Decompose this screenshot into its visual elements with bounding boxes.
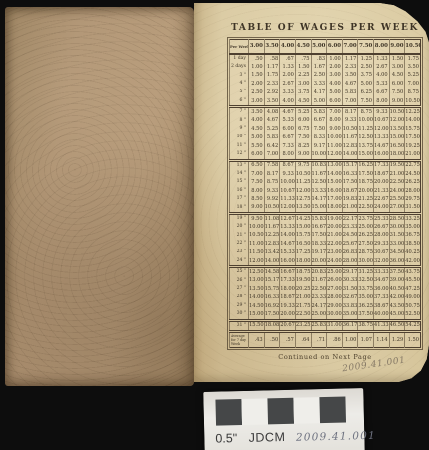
wage-cell: 3.00 (249, 97, 265, 107)
wage-cell: 9.33 (264, 187, 280, 195)
wage-row: 29 "14.5016.9219.3321.7524.1729.0033.833… (230, 302, 421, 310)
wage-cell: 33.75 (358, 285, 374, 293)
days-label: 24 " (230, 257, 249, 267)
days-label: 16 " (230, 187, 249, 195)
wage-row: 2 days1.001.171.331.501.672.002.332.502.… (230, 63, 421, 71)
day-group: 19 "9.5011.0812.6714.2515.8319.0022.1723… (230, 214, 421, 267)
wage-cell: 13.50 (249, 285, 265, 293)
wage-cell: 5.00 (327, 89, 343, 97)
wage-cell: 40.50 (389, 285, 405, 293)
days-label: 7 " (230, 107, 249, 117)
wage-cell: 7.50 (295, 134, 311, 142)
wage-row: 21 "10.5012.2514.0015.7517.5021.0024.502… (230, 232, 421, 240)
wage-cell: 49.00 (405, 294, 421, 302)
days-label: 13 " (230, 160, 249, 170)
wage-row: 28 "14.0016.3318.6721.0023.3328.0032.673… (230, 294, 421, 302)
wage-cell: 19.50 (389, 160, 405, 170)
wage-cell: 6.75 (295, 125, 311, 133)
wage-cell: 3.75 (295, 89, 311, 97)
wage-cell: 28.00 (374, 232, 390, 240)
wage-cell: 28.75 (358, 249, 374, 257)
wage-cell: 14.00 (405, 117, 421, 125)
wage-cell: 5.83 (311, 107, 327, 117)
wage-cell: 6.67 (374, 89, 390, 97)
wage-cell: 8.00 (280, 150, 296, 160)
wage-cell: 25.00 (327, 267, 343, 277)
wage-cell: 16.92 (264, 302, 280, 310)
wage-cell: 32.67 (342, 294, 358, 302)
wage-cell: 18.33 (311, 240, 327, 248)
wage-cell: 14.00 (342, 150, 358, 160)
wage-cell: 17.50 (342, 178, 358, 186)
wage-cell: 21.67 (311, 277, 327, 285)
wage-cell: 14.00 (327, 170, 343, 178)
days-label: 28 " (230, 294, 249, 302)
wage-cell: 10.00 (249, 223, 265, 231)
wage-cell: 33.83 (342, 302, 358, 310)
wage-cell: 12.25 (405, 107, 421, 117)
wage-cell: 1.75 (264, 72, 280, 80)
wage-cell: 37.50 (389, 267, 405, 277)
average-cell: 1.07 (358, 332, 374, 348)
wage-cell: 9.50 (249, 214, 265, 224)
wage-cell: 31.00 (327, 320, 343, 331)
days-label: 27 " (230, 285, 249, 293)
wage-cell: 13.00 (327, 160, 343, 170)
wage-cell: 16.50 (389, 142, 405, 150)
rate-header: 9.00 (389, 40, 405, 55)
wage-row: 24 "12.0014.0016.0018.0020.0024.0028.003… (230, 257, 421, 267)
wage-cell: 25.83 (311, 320, 327, 331)
wage-cell: 10.00 (327, 134, 343, 142)
wage-cell: 19.83 (342, 195, 358, 203)
wage-cell: 18.00 (327, 204, 343, 214)
wage-cell: 2.50 (249, 89, 265, 97)
wage-cell: 4.00 (327, 80, 343, 88)
wage-cell: 52.50 (405, 310, 421, 320)
wage-cell: 15.17 (264, 277, 280, 285)
wage-cell: 5.00 (249, 134, 265, 142)
wage-cell: 23.25 (295, 320, 311, 331)
wage-cell: 7.00 (405, 80, 421, 88)
wage-cell: 6.25 (358, 89, 374, 97)
wage-cell: 8.75 (358, 107, 374, 117)
wage-cell: 33.25 (405, 214, 421, 224)
days-label: 29 " (230, 302, 249, 310)
wage-cell: 41.33 (374, 320, 390, 331)
rate-header-row: Per Week3.003.504.004.505.006.007.007.50… (230, 40, 421, 55)
wage-cell: 2.67 (374, 63, 390, 71)
wage-cell: 15.00 (249, 310, 265, 320)
wage-cell: 36.00 (389, 257, 405, 267)
scale-checker-bar (215, 396, 346, 425)
wage-cell: 10.50 (389, 107, 405, 117)
wage-row: 5 "2.502.923.333.754.175.005.836.256.677… (230, 89, 421, 97)
wage-cell: 18.67 (374, 170, 390, 178)
wage-row: 14 "7.008.179.3310.5011.6714.0016.3317.5… (230, 170, 421, 178)
wage-cell: 17.50 (311, 232, 327, 240)
wage-cell: 18.75 (295, 267, 311, 277)
wage-cell: 2.50 (358, 63, 374, 71)
rate-header: 3.50 (264, 40, 280, 55)
wage-cell: 9.00 (389, 97, 405, 107)
average-cell: 1.50 (405, 332, 421, 348)
wage-cell: 2.33 (264, 80, 280, 88)
average-label-line: Week (231, 343, 248, 347)
wage-cell: 20.00 (311, 257, 327, 267)
wage-cell: 18.00 (295, 257, 311, 267)
wage-cell: 2.25 (295, 72, 311, 80)
rate-header: 4.00 (280, 40, 296, 55)
wage-cell: 30.00 (389, 223, 405, 231)
average-cell: .50 (264, 332, 280, 348)
wage-cell: 27.00 (327, 285, 343, 293)
day-group: 25 "12.5014.5816.6718.7520.8325.0029.173… (230, 267, 421, 320)
wage-cell: 16.25 (358, 160, 374, 170)
days-label: 1 day (230, 54, 249, 63)
wage-cell: 20.00 (327, 223, 343, 231)
wage-cell: 38.75 (358, 320, 374, 331)
wage-row: 30 "15.0017.5020.0022.5025.0030.0035.003… (230, 310, 421, 320)
wage-cell: 4.67 (264, 117, 280, 125)
wage-cell: 24.50 (405, 170, 421, 178)
wage-cell: 16.50 (295, 240, 311, 248)
wage-cell: 38.67 (374, 302, 390, 310)
wage-cell: 15.75 (405, 125, 421, 133)
wages-table: Per Week3.003.504.004.505.006.007.007.50… (229, 39, 421, 348)
wage-cell: 18.00 (389, 150, 405, 160)
wage-row: 13 "6.507.588.679.7510.8313.0015.1716.25… (230, 160, 421, 170)
average-cell: .57 (280, 332, 296, 348)
wage-cell: 5.83 (342, 89, 358, 97)
wage-cell: 1.75 (405, 54, 421, 63)
rate-header: 5.00 (311, 40, 327, 55)
wage-cell: 35.00 (342, 310, 358, 320)
wage-cell: 2.00 (327, 63, 343, 71)
wage-cell: 11.67 (311, 170, 327, 178)
wage-row: 26 "13.0015.1717.3319.5021.6726.0030.333… (230, 277, 421, 285)
wage-cell: 12.83 (264, 240, 280, 248)
wage-cell: 45.50 (405, 277, 421, 285)
wage-cell: 1.67 (311, 63, 327, 71)
wage-row: 20 "10.0011.6713.3315.0016.6720.0023.332… (230, 223, 421, 231)
wage-cell: 17.25 (295, 249, 311, 257)
wage-cell: 25.33 (374, 214, 390, 224)
wage-cell: 25.67 (342, 240, 358, 248)
days-label: 4 " (230, 80, 249, 88)
wage-cell: 21.75 (295, 302, 311, 310)
wage-cell: 9.17 (311, 142, 327, 150)
wage-cell: 23.00 (327, 249, 343, 257)
wage-cell: 5.50 (249, 142, 265, 150)
page-title: TABLE OF WAGES PER WEEK (229, 24, 421, 33)
checker-square-dark (319, 396, 346, 423)
wage-cell: 11.08 (264, 214, 280, 224)
wage-cell: 1.17 (342, 54, 358, 63)
wage-cell: .83 (311, 54, 327, 63)
wage-cell: 28.00 (342, 257, 358, 267)
wage-cell: 24.00 (389, 187, 405, 195)
wage-cell: 43.75 (405, 267, 421, 277)
wage-cell: 25.50 (389, 195, 405, 203)
wage-cell: 37.50 (358, 310, 374, 320)
wage-cell: 5.00 (358, 80, 374, 88)
wage-cell: 20.00 (358, 187, 374, 195)
average-cell: 1.00 (342, 332, 358, 348)
wage-cell: 29.00 (327, 302, 343, 310)
wage-cell: 10.50 (295, 170, 311, 178)
wage-cell: 26.25 (358, 232, 374, 240)
checker-square-light (293, 397, 320, 424)
average-label: Averagefor 7 dayWeek (230, 332, 249, 348)
wage-cell: 11.33 (280, 195, 296, 203)
wage-cell: 30.67 (374, 249, 390, 257)
wage-cell: 13.75 (358, 142, 374, 150)
wage-cell: 15.33 (280, 249, 296, 257)
wage-cell: 30.00 (327, 310, 343, 320)
wage-cell: 13.42 (264, 249, 280, 257)
wage-row: 8 "4.004.675.336.006.678.009.3310.0010.6… (230, 117, 421, 125)
wage-cell: 28.00 (405, 187, 421, 195)
wage-cell: 31.25 (358, 267, 374, 277)
wage-cell: 3.75 (358, 72, 374, 80)
wage-cell: 15.00 (389, 134, 405, 142)
wage-cell: 8.50 (249, 195, 265, 203)
scale-card-handwritten-number: 2009.41.001 (296, 430, 376, 444)
average-cell: .86 (327, 332, 343, 348)
wage-cell: 17.50 (264, 310, 280, 320)
wage-cell: 12.00 (249, 257, 265, 267)
wage-cell: 4.00 (249, 117, 265, 125)
wage-cell: 2.50 (311, 72, 327, 80)
wage-cell: 18.08 (264, 320, 280, 331)
wage-cell: 2.00 (280, 72, 296, 80)
wage-cell: .67 (280, 54, 296, 63)
wage-cell: .50 (249, 54, 265, 63)
wage-cell: 40.00 (374, 310, 390, 320)
wage-cell: 25.00 (358, 223, 374, 231)
wage-cell: 23.33 (311, 294, 327, 302)
wage-cell: 8.17 (264, 170, 280, 178)
day-group: 1 day.50.58.67.75.831.001.171.251.331.50… (230, 54, 421, 107)
wage-cell: 9.00 (249, 204, 265, 214)
wage-cell: 22.50 (389, 178, 405, 186)
wage-cell: 16.33 (264, 294, 280, 302)
wage-cell: 1.33 (280, 63, 296, 71)
rate-header: 6.00 (327, 40, 343, 55)
wage-cell: 15.00 (295, 223, 311, 231)
rate-header: 10.50 (405, 40, 421, 55)
wage-cell: 10.50 (249, 232, 265, 240)
wage-cell: 42.00 (389, 294, 405, 302)
wage-cell: 24.00 (327, 257, 343, 267)
wage-cell: 22.50 (311, 285, 327, 293)
wage-cell: 45.00 (389, 310, 405, 320)
wage-cell: 12.00 (280, 204, 296, 214)
wage-row: 27 "13.5015.7518.0020.2522.5027.0031.503… (230, 285, 421, 293)
wage-cell: 35.00 (358, 294, 374, 302)
average-row: Averagefor 7 dayWeek.43.50.57.64.71.861.… (230, 332, 421, 348)
wage-cell: 4.67 (280, 107, 296, 117)
wage-cell: 8.25 (295, 142, 311, 150)
wage-cell: 9.33 (374, 107, 390, 117)
wage-cell: 22.50 (295, 310, 311, 320)
wage-cell: 9.00 (295, 150, 311, 160)
wage-cell: 34.50 (389, 249, 405, 257)
wage-cell: 28.50 (389, 214, 405, 224)
wage-cell: 29.75 (405, 195, 421, 203)
wage-cell: 21.00 (389, 170, 405, 178)
wage-row: 16 "8.009.3310.6712.0013.3316.0018.6720.… (230, 187, 421, 195)
wage-cell: 20.25 (295, 285, 311, 293)
wage-cell: 24.50 (342, 232, 358, 240)
days-label: 22 " (230, 240, 249, 248)
wage-cell: 10.00 (280, 178, 296, 186)
rate-header: 7.50 (358, 40, 374, 55)
wage-cell: 22.17 (342, 214, 358, 224)
wage-cell: 1.25 (358, 54, 374, 63)
wage-cell: 22.67 (374, 195, 390, 203)
wage-cell: 12.83 (342, 142, 358, 150)
wage-cell: 14.00 (280, 232, 296, 240)
average-cell: .71 (311, 332, 327, 348)
wage-cell: 9.92 (264, 195, 280, 203)
wage-cell: .75 (295, 54, 311, 63)
wage-cell: 12.50 (311, 178, 327, 186)
wage-row: 25 "12.5014.5816.6718.7520.8325.0029.173… (230, 267, 421, 277)
wage-cell: 30.33 (342, 277, 358, 285)
wage-cell: 10.50 (342, 125, 358, 133)
wage-row: 19 "9.5011.0812.6714.2515.8319.0022.1723… (230, 214, 421, 224)
wage-cell: 27.50 (358, 240, 374, 248)
wage-cell: 34.67 (374, 277, 390, 285)
wage-cell: 12.75 (295, 195, 311, 203)
wage-row: 7 "3.504.084.675.255.837.008.178.759.331… (230, 107, 421, 117)
wage-cell: 18.75 (358, 178, 374, 186)
days-label: 15 " (230, 178, 249, 186)
wage-cell: 36.75 (405, 232, 421, 240)
wage-cell: 24.17 (311, 302, 327, 310)
wage-cell: 14.50 (249, 302, 265, 310)
wage-cell: 2.92 (264, 89, 280, 97)
wage-cell: 14.58 (264, 267, 280, 277)
wage-cell: 17.50 (405, 134, 421, 142)
days-label: 10 " (230, 134, 249, 142)
wage-row: 23 "11.5013.4215.3317.2519.1723.0026.832… (230, 249, 421, 257)
wage-row: 10 "5.005.836.677.508.3310.0011.6712.501… (230, 134, 421, 142)
wage-cell: 12.00 (374, 125, 390, 133)
wage-cell: 7.00 (342, 97, 358, 107)
wage-cell: 3.50 (264, 97, 280, 107)
wage-cell: 8.00 (249, 187, 265, 195)
days-label: 30 " (230, 310, 249, 320)
wage-cell: 1.33 (374, 54, 390, 63)
wage-cell: 13.33 (311, 187, 327, 195)
wage-cell: 38.50 (405, 240, 421, 248)
wage-row: 11 "5.506.427.338.259.1711.0012.8313.751… (230, 142, 421, 150)
wage-cell: 21.33 (374, 187, 390, 195)
wage-cell: 12.50 (358, 134, 374, 142)
days-label: 17 " (230, 195, 249, 203)
wage-cell: 25.00 (311, 310, 327, 320)
wage-cell: 13.33 (374, 134, 390, 142)
wage-cell: 26.67 (374, 223, 390, 231)
wage-cell: 4.50 (249, 125, 265, 133)
wage-cell: 14.00 (249, 294, 265, 302)
wage-cell: 39.00 (389, 277, 405, 285)
wage-cell: 16.67 (280, 267, 296, 277)
photo-scale-card: 0.5" JDCM 2009.41.001 (203, 388, 365, 450)
days-label: 6 " (230, 97, 249, 107)
wage-cell: 47.25 (405, 285, 421, 293)
wage-row: 1 day.50.58.67.75.831.001.171.251.331.50… (230, 54, 421, 63)
wage-cell: 20.83 (311, 267, 327, 277)
days-label: 2 days (230, 63, 249, 71)
wage-cell: 32.00 (374, 257, 390, 267)
wage-row: 18 "9.0010.5012.0013.5015.0018.0021.0022… (230, 204, 421, 214)
day-group: 31 "15.5018.0820.6723.2525.8331.0036.173… (230, 320, 421, 331)
days-label: 21 " (230, 232, 249, 240)
wage-cell: 3.50 (249, 107, 265, 117)
wage-cell: 1.00 (327, 54, 343, 63)
wage-cell: 3.00 (295, 80, 311, 88)
wage-cell: 7.33 (280, 142, 296, 150)
wage-cell: 1.50 (389, 54, 405, 63)
wage-cell: 40.25 (405, 249, 421, 257)
wage-cell: 5.25 (295, 107, 311, 117)
wage-cell: 22.00 (327, 240, 343, 248)
wage-cell: 21.00 (295, 294, 311, 302)
wage-cell: 5.33 (280, 117, 296, 125)
wage-cell: 21.25 (358, 195, 374, 203)
wage-cell: 13.33 (280, 223, 296, 231)
wage-cell: 16.67 (311, 223, 327, 231)
wage-cell: 7.00 (249, 170, 265, 178)
wage-cell: 11.00 (327, 142, 343, 150)
wage-cell: 7.50 (389, 89, 405, 97)
wage-cell: 8.67 (280, 160, 296, 170)
wage-cell: .58 (264, 54, 280, 63)
wage-cell: 15.50 (249, 320, 265, 331)
wage-cell: 31.50 (342, 285, 358, 293)
days-label: 5 " (230, 89, 249, 97)
wage-cell: 20.00 (374, 178, 390, 186)
wage-cell: 17.50 (358, 170, 374, 178)
days-label: 25 " (230, 267, 249, 277)
wage-row: 17 "8.509.9211.3312.7514.1717.0019.8321.… (230, 195, 421, 203)
wage-cell: 4.50 (295, 97, 311, 107)
wage-cell: 12.00 (389, 117, 405, 125)
wage-cell: 10.00 (358, 117, 374, 125)
wage-cell: 7.50 (249, 178, 265, 186)
wage-cell: 16.00 (280, 257, 296, 267)
days-label: 3 " (230, 72, 249, 80)
wage-cell: 2.00 (249, 80, 265, 88)
wage-cell: 1.00 (249, 63, 265, 71)
wage-cell: 6.00 (327, 97, 343, 107)
wage-cell: 9.33 (342, 117, 358, 125)
wage-cell: 11.50 (249, 249, 265, 257)
wage-cell: 4.08 (264, 107, 280, 117)
wage-cell: 4.50 (389, 72, 405, 80)
wage-cell: 10.50 (264, 204, 280, 214)
days-label: 20 " (230, 223, 249, 231)
days-label: 9 " (230, 125, 249, 133)
wage-row: 31 "15.5018.0820.6723.2525.8331.0036.173… (230, 320, 421, 331)
wage-cell: 21.00 (327, 232, 343, 240)
wage-cell: 18.67 (280, 294, 296, 302)
wage-cell: 36.00 (374, 285, 390, 293)
